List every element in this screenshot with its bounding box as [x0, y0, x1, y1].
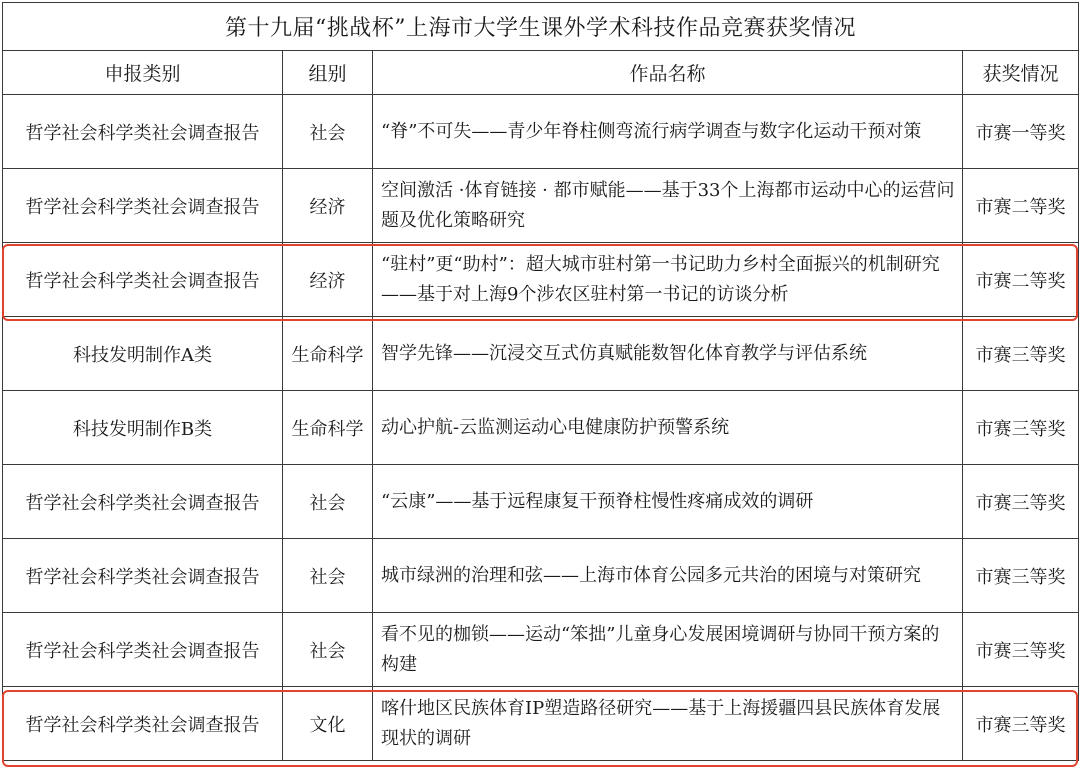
group-cell: 生命科学 [283, 391, 373, 465]
table-row-highlighted: 哲学社会科学类社会调查报告 经济 “驻村”更“助村”：超大城市驻村第一书记助力乡… [3, 243, 1079, 317]
project-name-cell: “脊”不可失——青少年脊柱侧弯流行病学调查与数字化运动干预对策 [373, 95, 963, 169]
table-row: 科技发明制作A类 生命科学 智学先锋——沉浸交互式仿真赋能数智化体育教学与评估系… [3, 317, 1079, 391]
project-name-cell: 空间激活 ·体育链接 · 都市赋能——基于33个上海都市运动中心的运营问题及优化… [373, 169, 963, 243]
category-cell: 科技发明制作B类 [3, 391, 283, 465]
award-cell: 市赛三等奖 [963, 687, 1079, 761]
table-row: 哲学社会科学类社会调查报告 社会 “脊”不可失——青少年脊柱侧弯流行病学调查与数… [3, 95, 1079, 169]
award-cell: 市赛三等奖 [963, 539, 1079, 613]
award-cell: 市赛二等奖 [963, 169, 1079, 243]
group-cell: 经济 [283, 243, 373, 317]
group-cell: 文化 [283, 687, 373, 761]
table-row: 哲学社会科学类社会调查报告 社会 “云康”——基于远程康复干预脊柱慢性疼痛成效的… [3, 465, 1079, 539]
award-cell: 市赛三等奖 [963, 613, 1079, 687]
project-name-cell: 城市绿洲的治理和弦——上海市体育公园多元共治的困境与对策研究 [373, 539, 963, 613]
category-cell: 哲学社会科学类社会调查报告 [3, 95, 283, 169]
award-cell: 市赛三等奖 [963, 465, 1079, 539]
category-cell: 哲学社会科学类社会调查报告 [3, 243, 283, 317]
project-name-cell: “云康”——基于远程康复干预脊柱慢性疼痛成效的调研 [373, 465, 963, 539]
category-cell: 科技发明制作A类 [3, 317, 283, 391]
group-cell: 社会 [283, 465, 373, 539]
award-cell: 市赛二等奖 [963, 243, 1079, 317]
header-name: 作品名称 [373, 51, 963, 95]
table-row: 哲学社会科学类社会调查报告 社会 城市绿洲的治理和弦——上海市体育公园多元共治的… [3, 539, 1079, 613]
table-row: 哲学社会科学类社会调查报告 社会 看不见的枷锁——运动“笨拙”儿童身心发展困境调… [3, 613, 1079, 687]
category-cell: 哲学社会科学类社会调查报告 [3, 539, 283, 613]
project-name-cell: 动心护航-云监测运动心电健康防护预警系统 [373, 391, 963, 465]
project-name-cell: 智学先锋——沉浸交互式仿真赋能数智化体育教学与评估系统 [373, 317, 963, 391]
project-name-cell: “驻村”更“助村”：超大城市驻村第一书记助力乡村全面振兴的机制研究——基于对上海… [373, 243, 963, 317]
project-name-cell: 喀什地区民族体育IP塑造路径研究——基于上海援疆四县民族体育发展现状的调研 [373, 687, 963, 761]
awards-document: 第十九届“挑战杯”上海市大学生课外学术科技作品竞赛获奖情况 申报类别 组别 作品… [2, 2, 1078, 767]
group-cell: 生命科学 [283, 317, 373, 391]
header-row: 申报类别 组别 作品名称 获奖情况 [3, 51, 1079, 95]
group-cell: 社会 [283, 95, 373, 169]
header-category: 申报类别 [3, 51, 283, 95]
header-group: 组别 [283, 51, 373, 95]
group-cell: 社会 [283, 613, 373, 687]
table-row: 科技发明制作B类 生命科学 动心护航-云监测运动心电健康防护预警系统 市赛三等奖 [3, 391, 1079, 465]
group-cell: 社会 [283, 539, 373, 613]
project-name-cell: 看不见的枷锁——运动“笨拙”儿童身心发展困境调研与协同干预方案的构建 [373, 613, 963, 687]
table-row-highlighted: 哲学社会科学类社会调查报告 文化 喀什地区民族体育IP塑造路径研究——基于上海援… [3, 687, 1079, 761]
table-title: 第十九届“挑战杯”上海市大学生课外学术科技作品竞赛获奖情况 [3, 3, 1079, 51]
group-cell: 经济 [283, 169, 373, 243]
header-award: 获奖情况 [963, 51, 1079, 95]
award-cell: 市赛一等奖 [963, 95, 1079, 169]
award-cell: 市赛三等奖 [963, 391, 1079, 465]
category-cell: 哲学社会科学类社会调查报告 [3, 687, 283, 761]
awards-table: 第十九届“挑战杯”上海市大学生课外学术科技作品竞赛获奖情况 申报类别 组别 作品… [2, 2, 1079, 761]
category-cell: 哲学社会科学类社会调查报告 [3, 465, 283, 539]
award-cell: 市赛三等奖 [963, 317, 1079, 391]
category-cell: 哲学社会科学类社会调查报告 [3, 169, 283, 243]
table-row: 哲学社会科学类社会调查报告 经济 空间激活 ·体育链接 · 都市赋能——基于33… [3, 169, 1079, 243]
category-cell: 哲学社会科学类社会调查报告 [3, 613, 283, 687]
